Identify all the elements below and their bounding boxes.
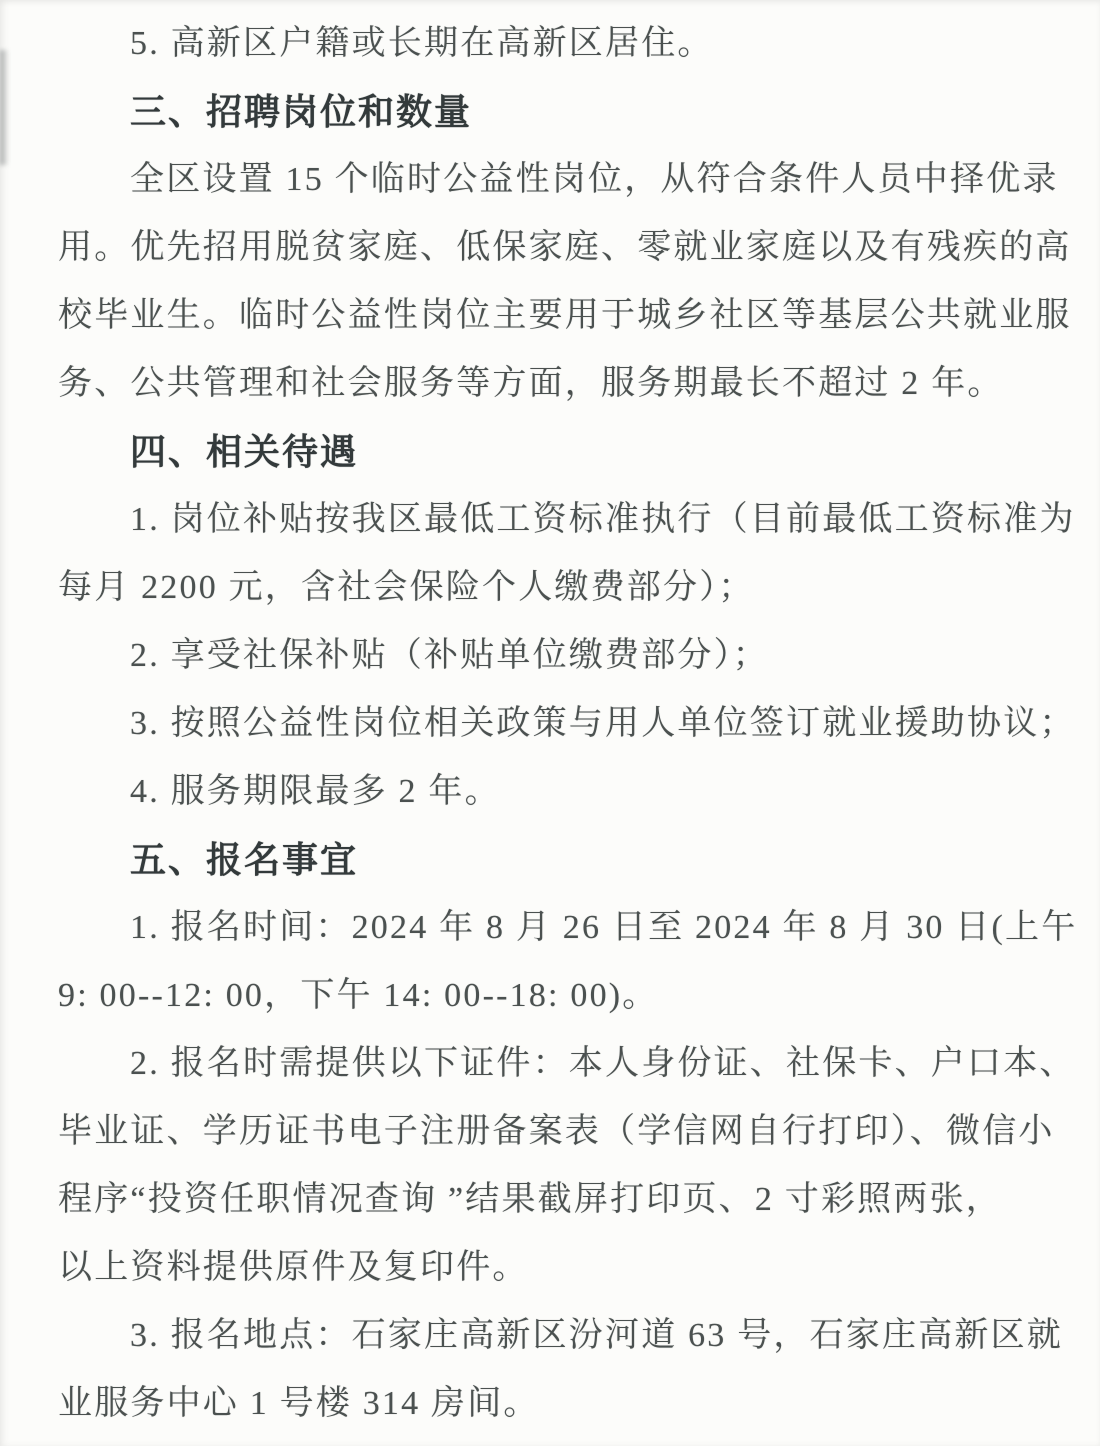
- text-line: 4. 服务期限最多 2 年。: [0, 758, 1100, 826]
- text-line: 每月 2200 元，含社会保险个人缴费部分）；: [0, 554, 1100, 622]
- text-line: 业服务中心 1 号楼 314 房间。: [0, 1370, 1100, 1438]
- text-line: 9: 00--12: 00，下午 14: 00--18: 00)。: [0, 962, 1100, 1030]
- text-line: 以上资料提供原件及复印件。: [0, 1234, 1100, 1302]
- text-line: 1. 报名时间：2024 年 8 月 26 日至 2024 年 8 月 30 日…: [0, 894, 1100, 962]
- section-heading: 五、报名事宜: [0, 826, 1100, 894]
- text-line: 用。优先招用脱贫家庭、低保家庭、零就业家庭以及有残疾的高: [0, 214, 1100, 282]
- text-line: 全区设置 15 个临时公益性岗位，从符合条件人员中择优录: [0, 146, 1100, 214]
- text-line: 务、公共管理和社会服务等方面，服务期最长不超过 2 年。: [0, 350, 1100, 418]
- text-line: 2. 报名时需提供以下证件：本人身份证、社保卡、户口本、: [0, 1030, 1100, 1098]
- section-heading: 三、招聘岗位和数量: [0, 78, 1100, 146]
- text-line: 2. 享受社保补贴（补贴单位缴费部分）；: [0, 622, 1100, 690]
- document-text-block: 5. 高新区户籍或长期在高新区居住。 三、招聘岗位和数量 全区设置 15 个临时…: [0, 10, 1100, 1438]
- text-line: 程序“投资任职情况查询 ”结果截屏打印页、2 寸彩照两张，: [0, 1166, 1100, 1234]
- text-line: 5. 高新区户籍或长期在高新区居住。: [0, 10, 1100, 78]
- section-heading: 四、相关待遇: [0, 418, 1100, 486]
- text-line: 毕业证、学历证书电子注册备案表（学信网自行打印）、微信小: [0, 1098, 1100, 1166]
- text-line: 1. 岗位补贴按我区最低工资标准执行（目前最低工资标准为: [0, 486, 1100, 554]
- text-line: 3. 报名地点：石家庄高新区汾河道 63 号，石家庄高新区就: [0, 1302, 1100, 1370]
- text-line: 3. 按照公益性岗位相关政策与用人单位签订就业援助协议；: [0, 690, 1100, 758]
- document-page: 5. 高新区户籍或长期在高新区居住。 三、招聘岗位和数量 全区设置 15 个临时…: [0, 0, 1100, 1446]
- text-line: 校毕业生。临时公益性岗位主要用于城乡社区等基层公共就业服: [0, 282, 1100, 350]
